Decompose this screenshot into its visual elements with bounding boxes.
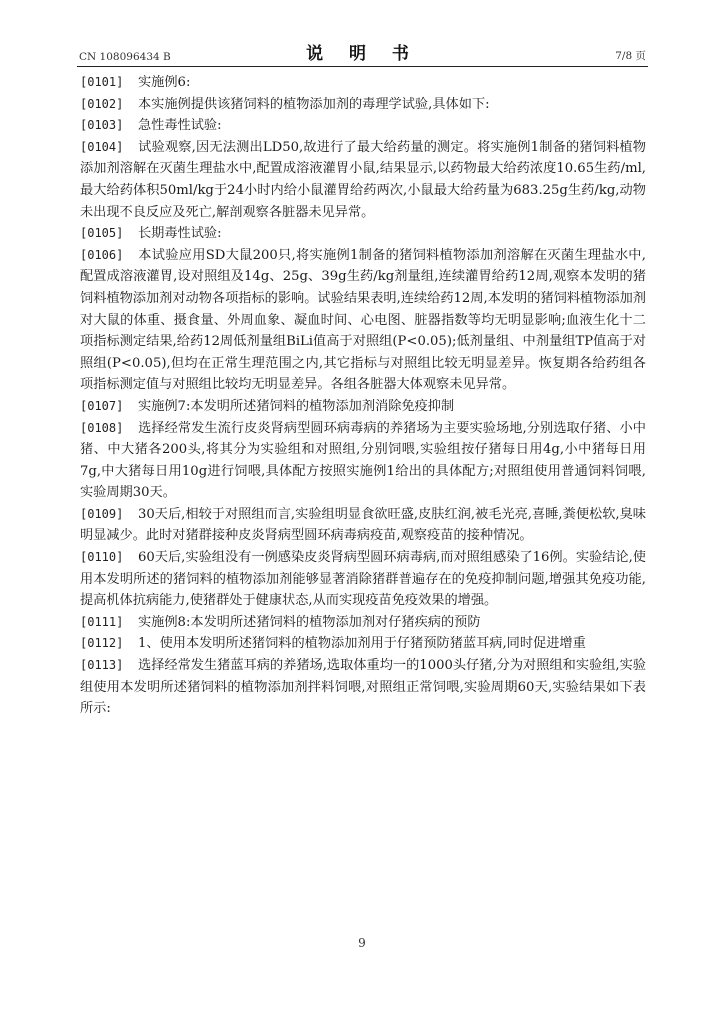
paragraph-number: [0108] bbox=[80, 418, 138, 440]
paragraph-number: [0106] bbox=[80, 245, 138, 267]
paragraph-number: [0105] bbox=[80, 223, 138, 245]
paragraph-0106: [0106]本试验应用SD大鼠200只,将实施例1制备的猪饲料植物添加剂溶解在灭… bbox=[80, 245, 646, 396]
paragraph-text: 长期毒性试验: bbox=[138, 226, 222, 241]
page-indicator: 7/8 页 bbox=[615, 48, 646, 63]
paragraph-text: 30天后,相较于对照组而言,实验组明显食欲旺盛,皮肤红润,被毛光亮,喜睡,粪便松… bbox=[80, 507, 646, 544]
paragraph-text: 急性毒性试验: bbox=[138, 118, 222, 133]
paragraph-number: [0113] bbox=[80, 655, 138, 677]
paragraph-0112: [0112]1、使用本发明所述猪饲料的植物添加剂用于仔猪预防猪蓝耳病,同时促进增… bbox=[80, 633, 646, 655]
paragraph-text: 1、使用本发明所述猪饲料的植物添加剂用于仔猪预防猪蓝耳病,同时促进增重 bbox=[138, 636, 586, 651]
document-body: [0101]实施例6: [0102]本实施例提供该猪饲料的植物添加剂的毒理学试验… bbox=[80, 72, 646, 720]
paragraph-number: [0110] bbox=[80, 547, 138, 569]
paragraph-0111: [0111]实施例8:本发明所述猪饲料的植物添加剂对仔猪疾病的预防 bbox=[80, 612, 646, 634]
paragraph-number: [0104] bbox=[80, 137, 138, 159]
paragraph-0107: [0107]实施例7:本发明所述猪饲料的植物添加剂消除免疫抑制 bbox=[80, 396, 646, 418]
paragraph-number: [0102] bbox=[80, 94, 138, 116]
paragraph-text: 实施例6: bbox=[138, 75, 190, 90]
page-header: CN 108096434 B 说 明 书 7/8 页 bbox=[77, 40, 648, 67]
paragraph-0101: [0101]实施例6: bbox=[80, 72, 646, 94]
paragraph-text: 选择经常发生流行皮炎肾病型圆环病毒病的养猪场为主要实验场地,分别选取仔猪、小中猪… bbox=[80, 421, 646, 501]
paragraph-0105: [0105]长期毒性试验: bbox=[80, 223, 646, 245]
paragraph-text: 本实施例提供该猪饲料的植物添加剂的毒理学试验,具体如下: bbox=[138, 97, 490, 112]
paragraph-text: 实施例8:本发明所述猪饲料的植物添加剂对仔猪疾病的预防 bbox=[138, 615, 481, 630]
paragraph-number: [0111] bbox=[80, 612, 138, 634]
paragraph-0113: [0113]选择经常发生猪蓝耳病的养猪场,选取体重均一的1000头仔猪,分为对照… bbox=[80, 655, 646, 720]
paragraph-0109: [0109]30天后,相较于对照组而言,实验组明显食欲旺盛,皮肤红润,被毛光亮,… bbox=[80, 504, 646, 547]
paragraph-text: 本试验应用SD大鼠200只,将实施例1制备的猪饲料植物添加剂溶解在灭菌生理盐水中… bbox=[80, 248, 646, 393]
paragraph-number: [0109] bbox=[80, 504, 138, 526]
paragraph-number: [0101] bbox=[80, 72, 138, 94]
paragraph-0104: [0104]试验观察,因无法测出LD50,故进行了最大给药量的测定。将实施例1制… bbox=[80, 137, 646, 223]
paragraph-number: [0103] bbox=[80, 115, 138, 137]
page-number: 9 bbox=[358, 936, 366, 950]
paragraph-number: [0112] bbox=[80, 633, 138, 655]
paragraph-0108: [0108]选择经常发生流行皮炎肾病型圆环病毒病的养猪场为主要实验场地,分别选取… bbox=[80, 418, 646, 504]
paragraph-text: 选择经常发生猪蓝耳病的养猪场,选取体重均一的1000头仔猪,分为对照组和实验组,… bbox=[80, 658, 646, 716]
page-footer: 9 bbox=[0, 936, 724, 950]
paragraph-number: [0107] bbox=[80, 396, 138, 418]
paragraph-text: 60天后,实验组没有一例感染皮炎肾病型圆环病毒病,而对照组感染了16例。实验结论… bbox=[80, 550, 646, 608]
paragraph-text: 试验观察,因无法测出LD50,故进行了最大给药量的测定。将实施例1制备的猪饲料植… bbox=[80, 140, 646, 220]
paragraph-0103: [0103]急性毒性试验: bbox=[80, 115, 646, 137]
paragraph-text: 实施例7:本发明所述猪饲料的植物添加剂消除免疫抑制 bbox=[138, 399, 454, 414]
paragraph-0102: [0102]本实施例提供该猪饲料的植物添加剂的毒理学试验,具体如下: bbox=[80, 94, 646, 116]
document-title: 说 明 书 bbox=[77, 39, 648, 64]
paragraph-0110: [0110]60天后,实验组没有一例感染皮炎肾病型圆环病毒病,而对照组感染了16… bbox=[80, 547, 646, 612]
